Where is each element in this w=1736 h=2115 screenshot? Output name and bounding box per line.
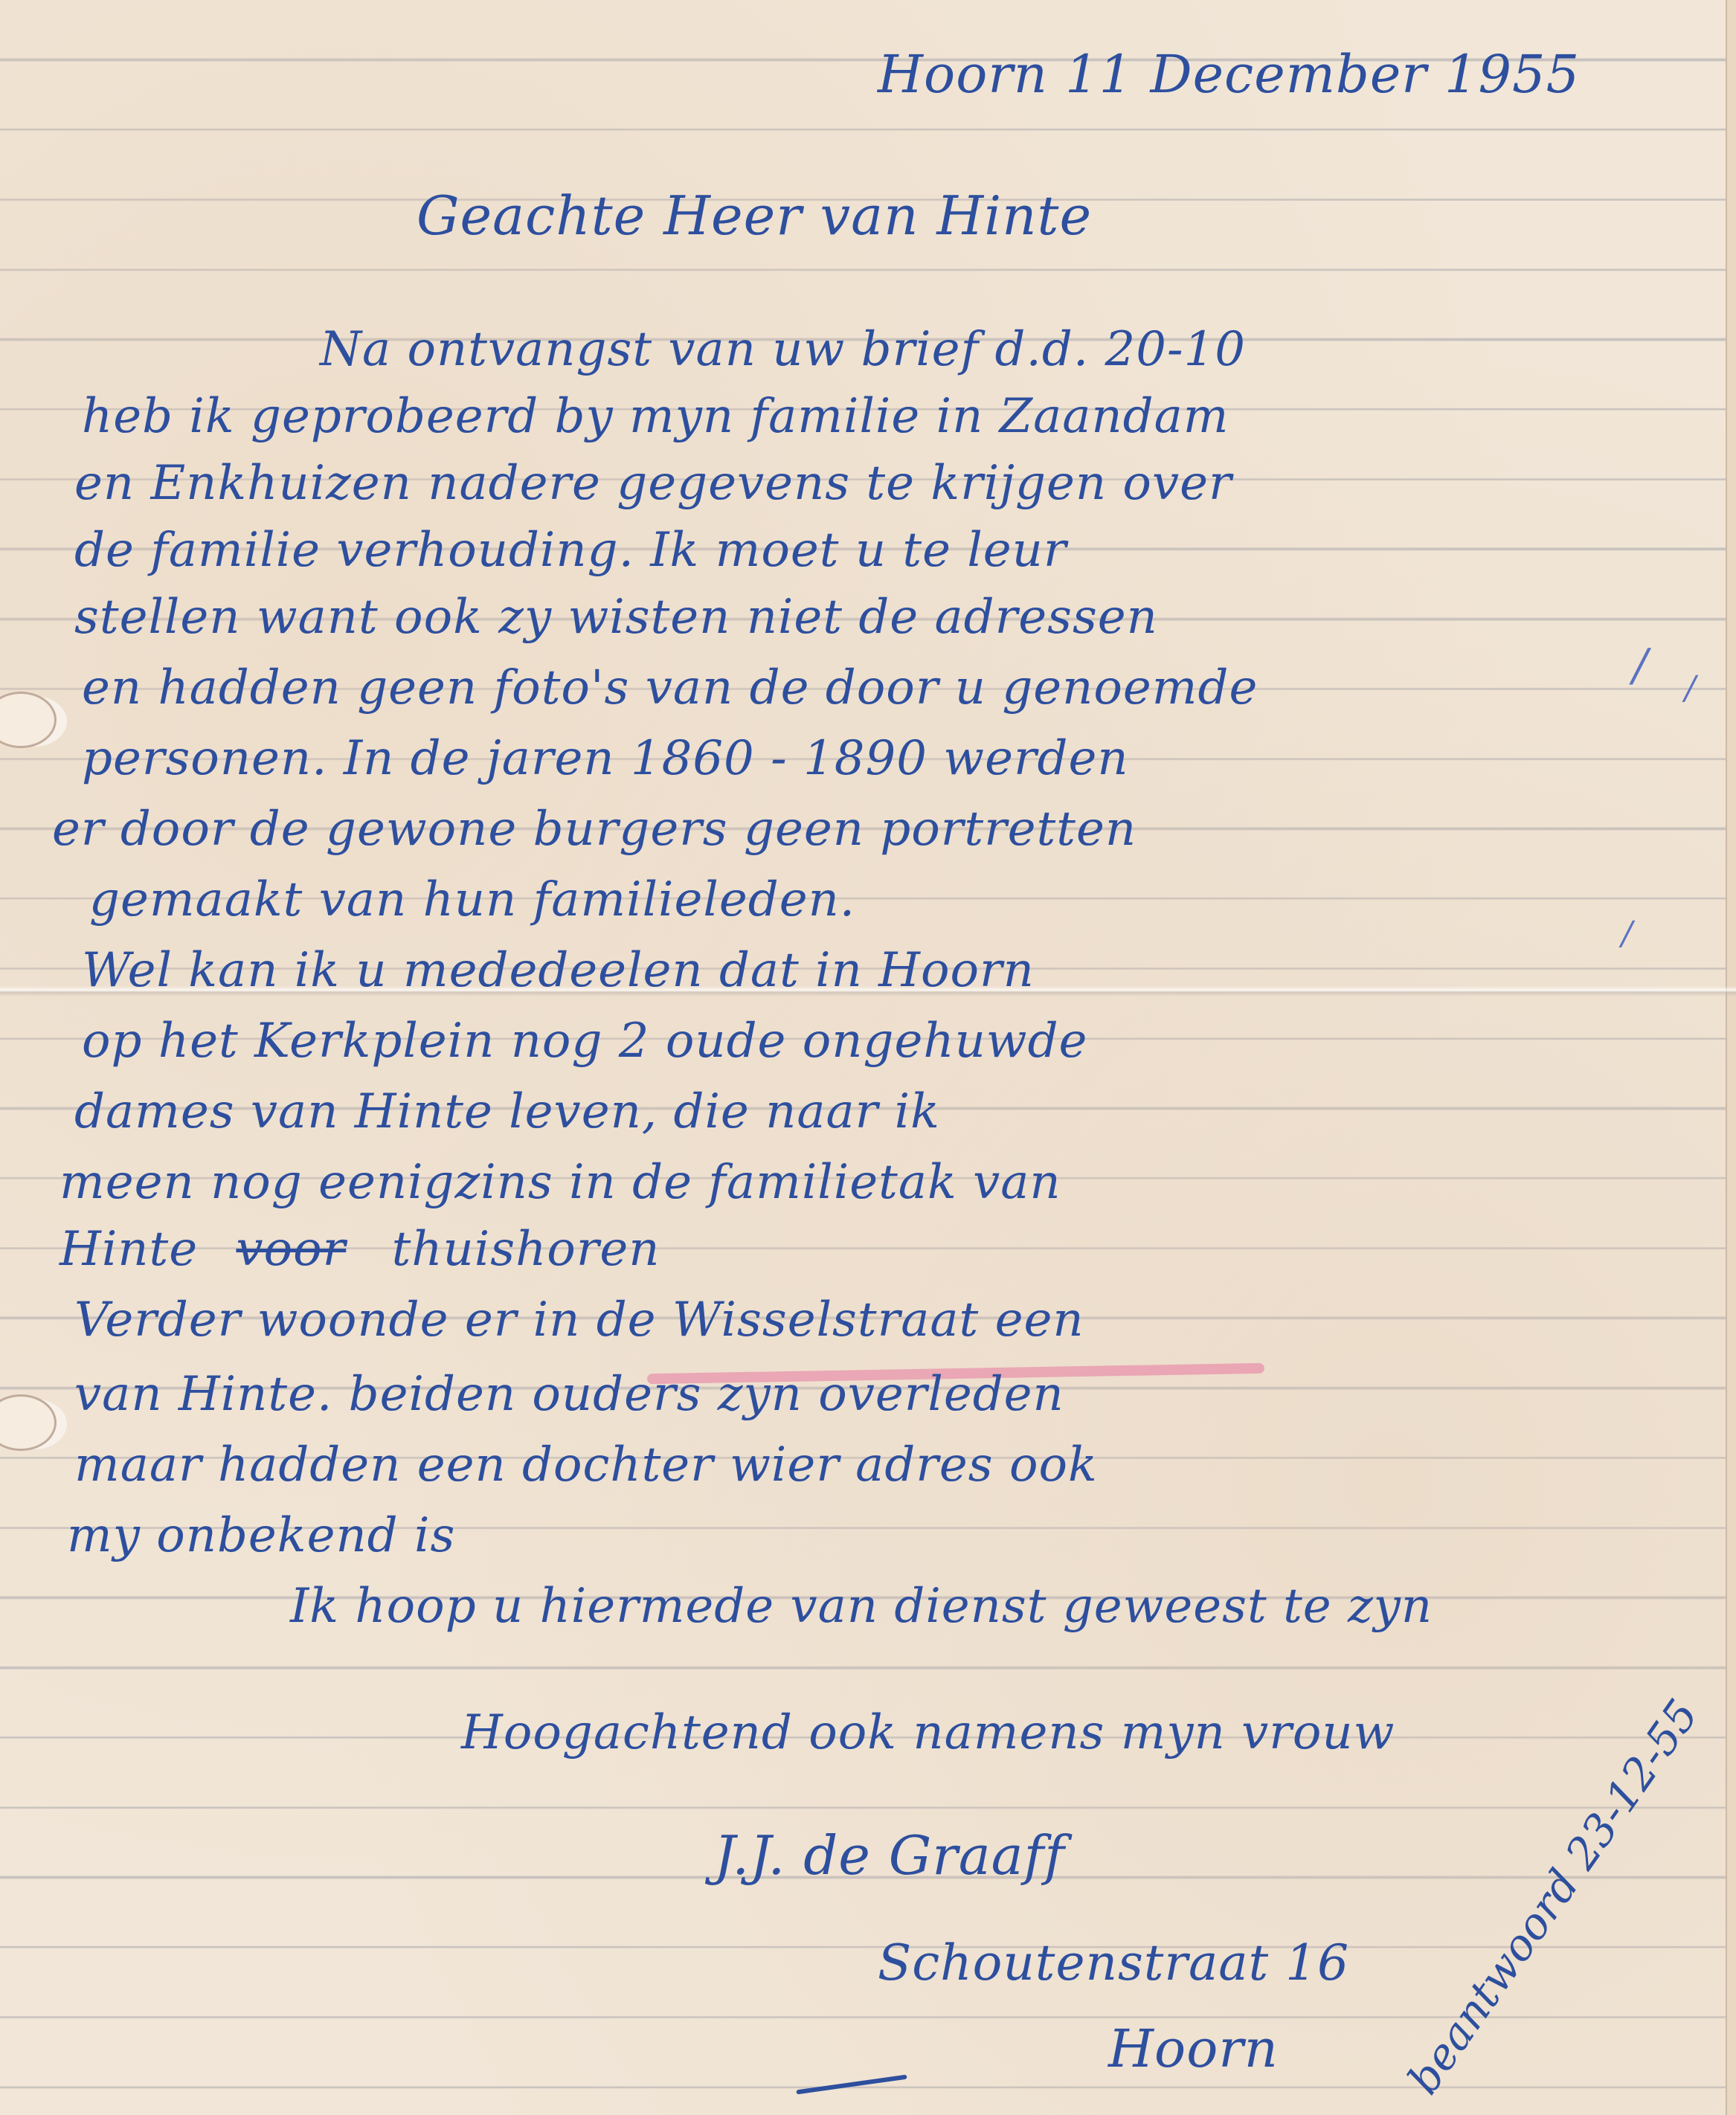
struck-word: voor [236, 1222, 346, 1277]
body-line-13: meen nog eenigzins in de familietak van [60, 1153, 1061, 1212]
body-line-10: Wel kan ik u mededeelen dat in Hoorn [82, 941, 1035, 1000]
body-line-17: maar hadden een dochter wier adres ook [74, 1435, 1098, 1495]
body-line-2: heb ik geprobeerd by myn familie in Zaan… [82, 387, 1229, 446]
body-line-5: stellen want ook zy wisten niet de adres… [74, 587, 1158, 647]
margin-pen-mark: / [1685, 669, 1696, 707]
body-line-15: Verder woonde er in de Wisselstraat een [74, 1290, 1084, 1350]
place-date: Hoorn 11 December 1955 [878, 45, 1580, 104]
body-line-7: personen. In de jaren 1860 - 1890 werden [82, 729, 1129, 788]
flourish-stroke [796, 2075, 907, 2095]
letter-page: Hoorn 11 December 1955 Geachte Heer van … [0, 0, 1736, 2115]
address-city: Hoorn [1108, 2019, 1279, 2079]
body-line-1: Na ontvangst van uw brief d.d. 20-10 [320, 320, 1246, 379]
body-line-8: er door de gewone burgers geen portrette… [52, 799, 1137, 859]
word-hinte: Hinte [60, 1222, 198, 1277]
margin-pen-mark: / [1621, 915, 1633, 953]
body-line-4: de familie verhouding. Ik moet u te leur [74, 521, 1067, 580]
closing-sentence: Ik hoop u hiermede van dienst geweest te… [290, 1577, 1433, 1636]
body-line-12: dames van Hinte leven, die naar ik [74, 1082, 940, 1142]
salutation: Geachte Heer van Hinte [417, 186, 1092, 245]
body-line-3: en Enkhuizen nadere gegevens te krijgen … [74, 454, 1232, 513]
signature: J.J. de Graaff [714, 1826, 1065, 1885]
body-line-16: van Hinte. beiden ouders zyn overleden [74, 1365, 1064, 1424]
punch-hole-top [0, 692, 57, 748]
body-line-11: op het Kerkplein nog 2 oude ongehuwde [82, 1011, 1087, 1071]
margin-pen-mark: / [1633, 640, 1647, 692]
address-street: Schoutenstraat 16 [878, 1934, 1349, 1993]
paper-right-edge [1726, 0, 1736, 2115]
word-thuishoren: thuishoren [392, 1222, 660, 1277]
body-line-9: gemaakt van hun familieleden. [89, 870, 855, 930]
punch-hole-bottom [0, 1394, 57, 1451]
body-line-18: my onbekend is [67, 1506, 455, 1565]
body-line-6: en hadden geen foto's van de door u geno… [82, 658, 1258, 718]
valediction: Hoogachtend ook namens myn vrouw [461, 1703, 1395, 1762]
margin-annotation: beantwoord 23-12-55 [1398, 1690, 1708, 2103]
body-line-14: Hinte voor thuishoren [60, 1220, 660, 1279]
